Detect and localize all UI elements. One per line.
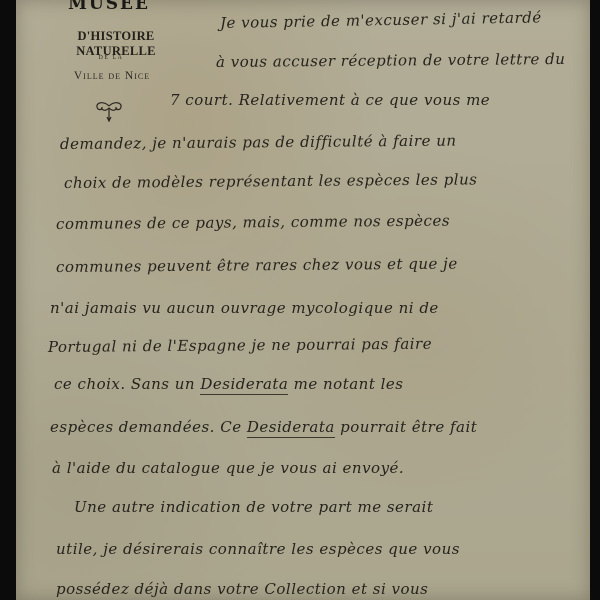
letter-line-14: utile, je désirerais connaître les espèc… <box>56 540 460 558</box>
letterhead-de-la: DE LA <box>76 55 146 61</box>
scroll-ornament-icon <box>92 100 126 124</box>
letter-line-10: ce choix. Sans un Desiderata me notant l… <box>54 375 404 393</box>
letter-line-9: Portugal ni de l'Espagne je ne pourrai p… <box>48 335 432 356</box>
text-segment: pourrait être fait <box>340 418 477 436</box>
letter-line-1: Je vous prie de m'excuser si j'ai retard… <box>220 8 542 32</box>
letter-line-6: communes de ce pays, mais, comme nos esp… <box>56 212 450 233</box>
letter-line-12: à l'aide du catalogue que je vous ai env… <box>52 459 404 477</box>
letter-line-2: à vous accuser réception de votre lettre… <box>216 50 566 71</box>
desiderata-underlined: Desiderata <box>200 375 288 395</box>
letter-line-4: demandez, je n'aurais pas de difficulté … <box>60 132 457 153</box>
letter-line-11: espèces demandées. Ce Desiderata pourrai… <box>50 418 477 436</box>
letter-line-15: possédez déjà dans votre Collection et s… <box>56 580 428 598</box>
text-segment: ce choix. Sans un <box>54 375 195 393</box>
letter-page: MUSÉE D'HISTOIRE NATURELLE DE LA Ville d… <box>16 0 590 600</box>
letterhead-title: MUSÉE <box>64 0 154 14</box>
letter-line-3: 7 court. Relativement à ce que vous me <box>170 91 490 109</box>
letter-line-7: communes peuvent être rares chez vous et… <box>56 254 458 276</box>
text-segment: Ce <box>220 418 241 436</box>
letter-line-5: choix de modèles représentant les espèce… <box>64 170 478 192</box>
desiderata-underlined: Desiderata <box>247 418 335 438</box>
text-segment: me notant les <box>294 375 404 393</box>
letter-line-8: n'ai jamais vu aucun ouvrage mycologique… <box>50 299 439 317</box>
text-segment: espèces demandées. <box>50 418 215 436</box>
letter-line-13: Une autre indication de votre part me se… <box>74 498 433 516</box>
letterhead-city: Ville de Nice <box>56 70 168 82</box>
